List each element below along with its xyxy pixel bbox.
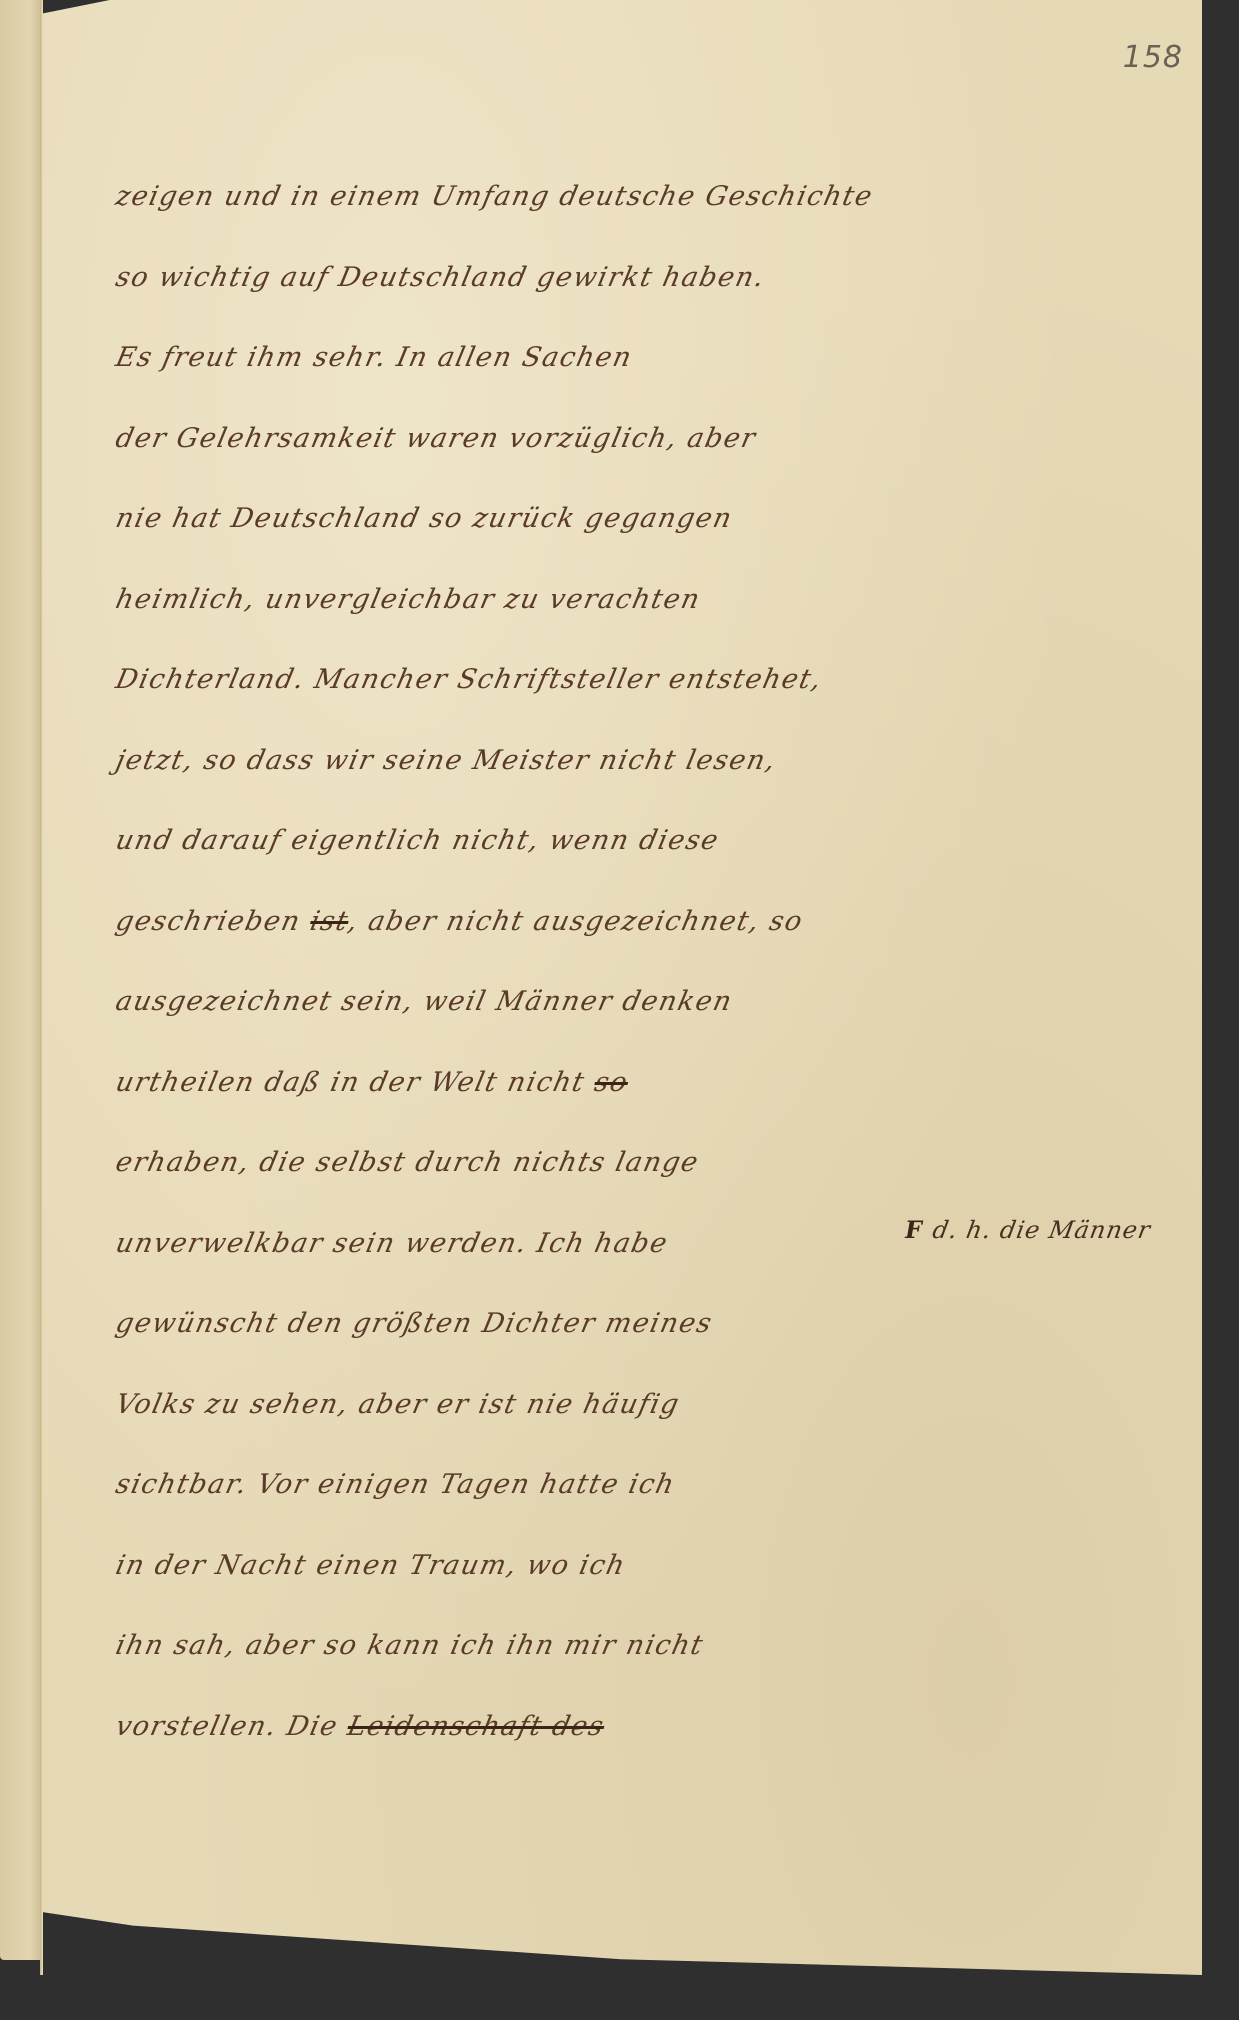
- text-line: der Gelehrsamkeit waren vorzüglich, aber: [106, 404, 943, 485]
- text-line: vorstellen. Die Leidenschaft des: [106, 1692, 943, 1773]
- line-text: heimlich, unvergleichbar zu verachten: [113, 584, 704, 615]
- line-text: geschrieben: [113, 906, 304, 937]
- line-text: so wichtig auf Deutschland gewirkt haben…: [113, 262, 768, 293]
- line-text: , aber nicht ausgezeichnet, so: [345, 906, 806, 937]
- line-text: sichtbar. Vor einigen Tagen hatte ich: [113, 1469, 678, 1500]
- binding-gutter: [40, 0, 43, 1975]
- text-line: und darauf eigentlich nicht, wenn diese: [106, 806, 943, 887]
- line-text: und darauf eigentlich nicht, wenn diese: [113, 825, 722, 856]
- margin-note-text: d. h. die Männer: [930, 1216, 1153, 1244]
- text-line: so wichtig auf Deutschland gewirkt haben…: [106, 243, 943, 324]
- text-line: gewünscht den größten Dichter meines: [106, 1289, 943, 1370]
- line-text: Dichterland. Mancher Schriftsteller ents…: [113, 664, 825, 695]
- text-line: ausgezeichnet sein, weil Männer denken: [106, 967, 943, 1048]
- text-line: ihn sah, aber so kann ich ihn mir nicht: [106, 1611, 943, 1692]
- text-line: erhaben, die selbst durch nichts lange: [106, 1128, 943, 1209]
- line-text: Volks zu sehen, aber er ist nie häufig: [113, 1389, 683, 1420]
- line-text: gewünscht den größten Dichter meines: [113, 1308, 716, 1339]
- facing-page-edge: [0, 0, 42, 1960]
- line-text: nie hat Deutschland so zurück gegangen: [113, 503, 736, 534]
- text-line: nie hat Deutschland so zurück gegangen: [106, 484, 943, 565]
- text-line: geschrieben ist, aber nicht ausgezeichne…: [106, 887, 943, 968]
- line-text: urtheilen daß in der Welt nicht: [113, 1067, 588, 1098]
- struck-word: Leidenschaft des: [345, 1711, 608, 1742]
- text-line: sichtbar. Vor einigen Tagen hatte ich: [106, 1450, 943, 1531]
- line-text: in der Nacht einen Traum, wo ich: [113, 1550, 629, 1581]
- line-text: unverwelkbar sein werden. Ich habe: [113, 1228, 671, 1259]
- handwritten-text-block: zeigen und in einem Umfang deutsche Gesc…: [115, 162, 935, 1772]
- line-text: Es freut ihm sehr. In allen Sachen: [113, 342, 635, 373]
- line-text: der Gelehrsamkeit waren vorzüglich, aber: [113, 423, 759, 454]
- text-line: jetzt, so dass wir seine Meister nicht l…: [106, 726, 943, 807]
- text-line: unverwelkbar sein werden. Ich habe: [106, 1209, 943, 1290]
- text-line: urtheilen daß in der Welt nicht so: [106, 1048, 943, 1129]
- folio-number: 158: [1123, 40, 1183, 75]
- text-line: zeigen und in einem Umfang deutsche Gesc…: [106, 162, 943, 243]
- line-text: ausgezeichnet sein, weil Männer denken: [113, 986, 736, 1017]
- marginal-annotation: Fd. h. die Männer: [902, 1215, 1153, 1244]
- line-text: zeigen und in einem Umfang deutsche Gesc…: [113, 181, 876, 212]
- text-line: Es freut ihm sehr. In allen Sachen: [106, 323, 943, 404]
- line-text: ihn sah, aber so kann ich ihn mir nicht: [113, 1630, 707, 1661]
- text-line: heimlich, unvergleichbar zu verachten: [106, 565, 943, 646]
- text-line: Volks zu sehen, aber er ist nie häufig: [106, 1370, 943, 1451]
- struck-word: so: [592, 1067, 632, 1098]
- insertion-mark-icon: F: [902, 1215, 925, 1244]
- line-text: jetzt, so dass wir seine Meister nicht l…: [113, 745, 779, 776]
- line-text: vorstellen. Die: [113, 1711, 341, 1742]
- text-line: Dichterland. Mancher Schriftsteller ents…: [106, 645, 943, 726]
- line-text: erhaben, die selbst durch nichts lange: [113, 1147, 702, 1178]
- text-line: in der Nacht einen Traum, wo ich: [106, 1531, 943, 1612]
